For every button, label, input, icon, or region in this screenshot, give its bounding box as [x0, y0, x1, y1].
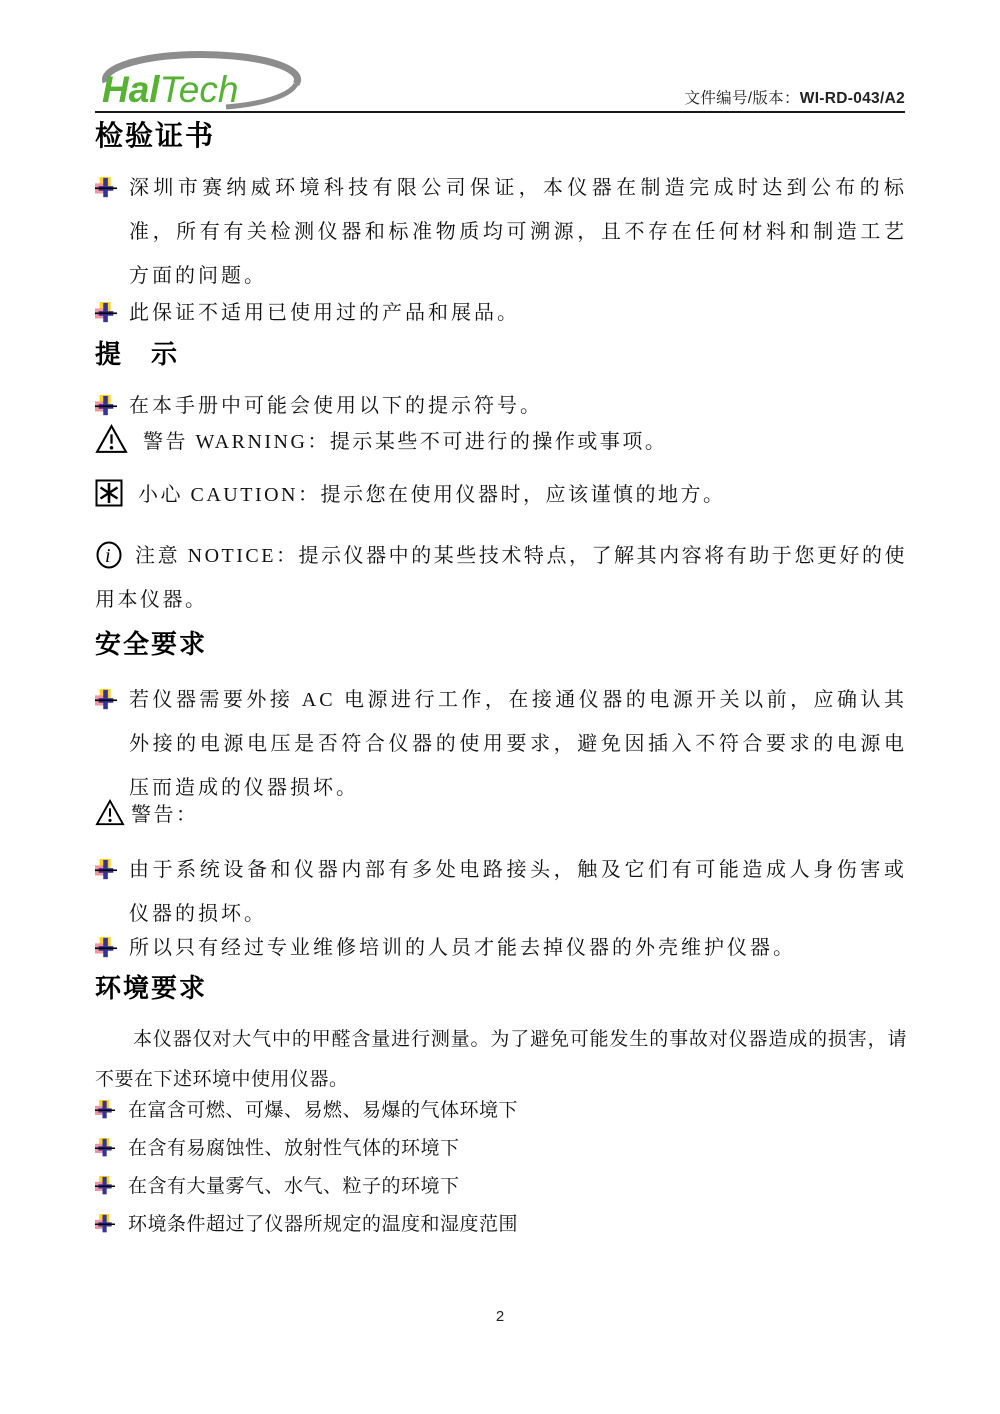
safety-intro-text: 若仪器需要外接 AC 电源进行工作，在接通仪器的电源开关以前，应确认其外接的电源… [129, 689, 907, 799]
environment-bullet-3-text: 在含有大量雾气、水气、粒子的环境下 [128, 1176, 460, 1197]
caution-notice-text: 小心 CAUTION：提示您在使用仪器时，应该谨慎的地方。 [138, 478, 726, 507]
environment-bullet-3: 在含有大量雾气、水气、粒子的环境下 [95, 1174, 907, 1200]
section-title-certificate: 检验证书 [95, 114, 215, 154]
section-title-safety: 安全要求 [95, 624, 207, 661]
bullet-cross-icon [95, 1176, 115, 1196]
document-id-number: WI-RD-043/A2 [800, 90, 905, 107]
notice-notice-text: 注意 NOTICE：提示仪器中的某些技术特点，了解其内容将有助于您更好的使用本仪… [95, 545, 907, 611]
haltech-logo: HalTech [90, 44, 305, 114]
safety-intro-bullet: 若仪器需要外接 AC 电源进行工作，在接通仪器的电源开关以前，应确认其外接的电源… [95, 678, 907, 810]
environment-bullet-4-text: 环境条件超过了仪器所规定的温度和湿度范围 [128, 1214, 518, 1235]
document-id: 文件编号/版本：WI-RD-043/A2 [685, 86, 905, 108]
environment-paragraph: 本仪器仅对大气中的甲醛含量进行测量。为了避免可能发生的事故对仪器造成的损害，请不… [95, 1020, 907, 1100]
safety-bullet-2: 所以只有经过专业维修培训的人员才能去掉仪器的外壳维护仪器。 [95, 926, 907, 970]
tips-intro-text: 在本手册中可能会使用以下的提示符号。 [129, 395, 543, 417]
bullet-cross-icon [95, 859, 117, 881]
environment-bullet-2-text: 在含有易腐蚀性、放射性气体的环境下 [128, 1138, 460, 1159]
section-title-environment: 环境要求 [95, 968, 207, 1005]
environment-bullet-4: 环境条件超过了仪器所规定的温度和湿度范围 [95, 1212, 907, 1238]
bullet-cross-icon [95, 1100, 115, 1120]
certificate-bullet-2-text: 此保证不适用已使用过的产品和展品。 [129, 302, 520, 324]
warning-triangle-icon [95, 799, 125, 826]
section-title-tips: 提 示 [95, 334, 179, 371]
notice-info-icon [95, 540, 123, 570]
certificate-bullet-1: 深圳市赛纳威环境科技有限公司保证，本仪器在制造完成时达到公布的标准，所有有关检测… [95, 166, 907, 298]
safety-warning-label-row: 警告： [95, 798, 907, 827]
warning-notice-row: 警告 WARNING：提示某些不可进行的操作或事项。 [95, 424, 907, 454]
certificate-bullet-1-text: 深圳市赛纳威环境科技有限公司保证，本仪器在制造完成时达到公布的标准，所有有关检测… [129, 177, 907, 287]
warning-triangle-icon [95, 424, 128, 454]
bullet-cross-icon [95, 302, 117, 324]
notice-notice-row: 注意 NOTICE：提示仪器中的某些技术特点，了解其内容将有助于您更好的使用本仪… [95, 534, 907, 622]
safety-bullet-1: 由于系统设备和仪器内部有多处电路接头，触及它们有可能造成人身伤害或仪器的损坏。 [95, 848, 907, 936]
safety-bullet-2-text: 所以只有经过专业维修培训的人员才能去掉仪器的外壳维护仪器。 [129, 937, 796, 959]
bullet-cross-icon [95, 395, 117, 417]
environment-bullet-1: 在富含可燃、可爆、易燃、易爆的气体环境下 [95, 1098, 907, 1124]
warning-notice-text: 警告 WARNING：提示某些不可进行的操作或事项。 [143, 425, 667, 454]
caution-asterisk-icon [95, 479, 123, 507]
safety-bullet-1-text: 由于系统设备和仪器内部有多处电路接头，触及它们有可能造成人身伤害或仪器的损坏。 [129, 859, 907, 925]
bullet-cross-icon [95, 689, 117, 711]
safety-warning-label: 警告： [131, 798, 199, 827]
logo-text-bold: HalTech [102, 69, 238, 110]
header-divider [95, 111, 905, 113]
caution-notice-row: 小心 CAUTION：提示您在使用仪器时，应该谨慎的地方。 [95, 478, 907, 507]
environment-bullet-1-text: 在富含可燃、可爆、易燃、易爆的气体环境下 [128, 1100, 518, 1121]
bullet-cross-icon [95, 937, 117, 959]
document-id-label: 文件编号/版本： [685, 90, 800, 107]
bullet-cross-icon [95, 177, 117, 199]
certificate-bullet-2: 此保证不适用已使用过的产品和展品。 [95, 291, 907, 335]
bullet-cross-icon [95, 1214, 115, 1234]
page-number: 2 [0, 1308, 1000, 1325]
bullet-cross-icon [95, 1138, 115, 1158]
document-page: i HalTech 文件编号/版本：WI-RD-043/A2 检验证书 深圳市赛… [0, 0, 1000, 1414]
environment-bullet-2: 在含有易腐蚀性、放射性气体的环境下 [95, 1136, 907, 1162]
tips-intro-bullet: 在本手册中可能会使用以下的提示符号。 [95, 384, 907, 428]
